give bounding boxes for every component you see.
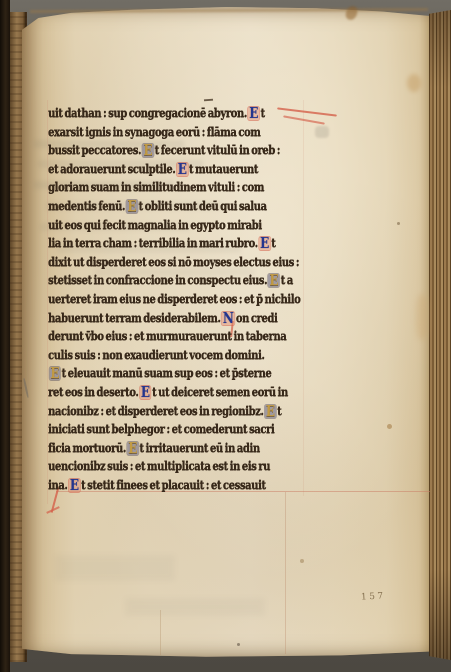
text-line: exarsit ignis in synagoga eorū : flāma c… (48, 123, 254, 142)
line-text: t (277, 403, 281, 418)
illuminated-initial: E (127, 442, 138, 455)
text-line: habuerunt terram desiderabilem.Non credi (48, 309, 254, 328)
line-text: medentis fenū. (48, 198, 125, 213)
line-text: t (271, 235, 275, 250)
foxing-dot (237, 643, 240, 646)
line-text: et adorauerunt sculptile. (48, 161, 175, 176)
line-text: exarsit ignis in synagoga eorū : flāma c… (48, 124, 260, 139)
illuminated-initial: E (177, 163, 188, 176)
line-text: lia in terra cham : terribilia in mari r… (48, 235, 258, 250)
ghost-initial-offset (315, 126, 329, 138)
text-line: uit dathan : sup congregacionē abyron.Et (48, 104, 254, 123)
illuminated-initial: E (126, 200, 137, 213)
showthrough-patch (125, 598, 265, 616)
line-text: uencionibz suis : et multiplicata est in… (48, 458, 270, 473)
text-line: stetisset in confraccione in conspectu e… (48, 271, 254, 290)
line-text: t eleuauit manū suam sup eos : et p̄ster… (62, 365, 272, 380)
text-line: ina.Et stetit finees et placauit : et ce… (48, 476, 254, 495)
text-line: medentis fenū.Et obliti sunt deū qui sal… (48, 197, 254, 216)
line-text: t mutauerunt (189, 161, 258, 176)
stain-right-mid (416, 294, 428, 340)
correction-dash (204, 99, 213, 102)
illuminated-initial: E (69, 479, 80, 492)
line-text: t ut deiceret semen eorū in (152, 384, 288, 399)
line-text: iniciati sunt belphegor : et comederunt … (48, 421, 274, 436)
illuminated-initial: E (140, 386, 151, 399)
text-line: dixit ut disperderet eos si nō moyses el… (48, 253, 254, 272)
illuminated-initial: E (265, 405, 276, 418)
foxing-dot (387, 424, 392, 429)
folio-number: 157 (361, 591, 386, 602)
illuminated-initial: E (259, 237, 270, 250)
line-text: habuerunt terram desiderabilem. (48, 310, 220, 325)
text-line: ficia mortuorū.Et irritauerunt eū in adi… (48, 439, 254, 458)
illuminated-initial: E (142, 144, 153, 157)
illuminated-initial: E (268, 274, 279, 287)
stain-right-edge (407, 74, 421, 92)
line-text: uit eos qui fecit magnalia in egypto mir… (48, 217, 262, 232)
manuscript-photo: uit dathan : sup congregacionē abyron.Et… (0, 0, 451, 672)
line-text: t (260, 105, 264, 120)
text-line: lia in terra cham : terribilia in mari r… (48, 234, 254, 253)
foxing-dot (397, 222, 400, 225)
line-text: culis suis : non exaudierunt vocem domin… (48, 347, 264, 362)
line-text: t stetit finees et placauit : et cessaui… (81, 477, 266, 492)
pencil-margin-mark (23, 378, 29, 398)
line-text: dixit ut disperderet eos si nō moyses el… (48, 254, 299, 269)
line-text: derunt v̄bo eius : et murmurauerunt in t… (48, 328, 286, 343)
text-line: uerteret iram eius ne disperderet eos : … (48, 290, 254, 309)
showthrough-patch (55, 555, 175, 581)
illuminated-initial: E (49, 367, 60, 380)
line-text: t a (281, 272, 293, 287)
text-line: uencionibz suis : et multiplicata est in… (48, 457, 254, 476)
line-text: on credi (236, 310, 278, 325)
line-text: ficia mortuorū. (48, 440, 126, 455)
illuminated-initial: N (222, 312, 235, 325)
text-line: Et eleuauit manū suam sup eos : et p̄ste… (48, 364, 254, 383)
line-text: t irritauerunt eū in adin (139, 440, 259, 455)
text-line: iniciati sunt belphegor : et comederunt … (48, 420, 254, 439)
line-text: t fecerunt vitulū in oreb : (155, 142, 280, 157)
crease-vert-lower (160, 610, 161, 655)
text-line: nacionibz : et disperderet eos in region… (48, 402, 254, 421)
text-line: ret eos in deserto.Et ut deiceret semen … (48, 383, 254, 402)
line-text: uerteret iram eius ne disperderet eos : … (48, 291, 300, 306)
text-line: culis suis : non exaudierunt vocem domin… (48, 346, 254, 365)
foxing-dot (300, 559, 304, 563)
line-text: nacionibz : et disperderet eos in region… (48, 403, 264, 418)
text-line: gloriam suam in similitudinem vituli : c… (48, 178, 254, 197)
text-line: derunt v̄bo eius : et murmurauerunt in t… (48, 327, 254, 346)
line-text: ret eos in deserto. (48, 384, 138, 399)
stain-top (344, 5, 358, 21)
text-block: uit dathan : sup congregacionē abyron.Et… (48, 104, 306, 494)
line-text: stetisset in confraccione in conspectu e… (48, 272, 267, 287)
text-line: bussit peccatores.Et fecerunt vitulū in … (48, 141, 254, 160)
illuminated-initial: E (248, 107, 259, 120)
page-top-rim (30, 8, 428, 13)
line-text: t obliti sunt deū qui salua (139, 198, 267, 213)
text-line: uit eos qui fecit magnalia in egypto mir… (48, 216, 254, 235)
line-text: bussit peccatores. (48, 142, 141, 157)
line-text: ina. (48, 477, 67, 492)
line-text: uit dathan : sup congregacionē abyron. (48, 105, 247, 120)
line-text: gloriam suam in similitudinem vituli : c… (48, 179, 264, 194)
text-line: et adorauerunt sculptile.Et mutauerunt (48, 160, 254, 179)
ruling-line-vert-lower (285, 492, 286, 654)
